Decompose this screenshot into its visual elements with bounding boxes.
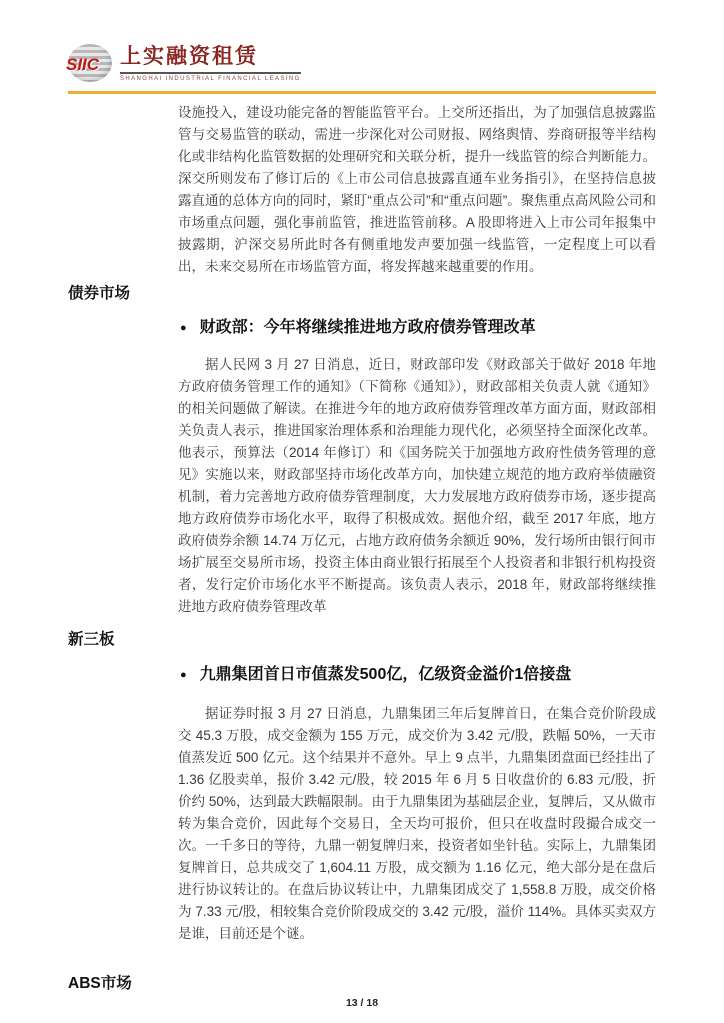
section-title-abs-market: ABS市场 — [68, 974, 656, 994]
section-title-neeq: 新三板 — [68, 630, 656, 650]
headline-text: 财政部：今年将继续推进地方政府债券管理改革 — [200, 318, 536, 338]
company-logo: SIIC 上实融资租赁 SHANGHAI INDUSTRIAL FINANCIA… — [68, 40, 656, 86]
headline-bond-market: ● 财政部：今年将继续推进地方政府债券管理改革 — [180, 318, 656, 339]
siic-globe-icon: SIIC — [68, 44, 112, 82]
section-title-bond-market: 债券市场 — [68, 284, 656, 304]
bullet-icon: ● — [180, 665, 187, 685]
page-number: 13 / 18 — [68, 997, 656, 1009]
headline-neeq: ● 九鼎集团首日市值蒸发500亿，亿级资金溢价1倍接盘 — [180, 665, 656, 686]
intro-paragraph: 设施投入，建设功能完备的智能监管平台。上交所还指出，为了加强信息披露监管与交易监… — [178, 102, 656, 278]
bullet-icon: ● — [180, 318, 187, 338]
brand-subtitle: SHANGHAI INDUSTRIAL FINANCIAL LEASING — [120, 76, 301, 82]
page-header: SIIC 上实融资租赁 SHANGHAI INDUSTRIAL FINANCIA… — [68, 0, 656, 94]
header-divider-rule — [68, 91, 656, 94]
document-content: 设施投入，建设功能完备的智能监管平台。上交所还指出，为了加强信息披露监管与交易监… — [68, 102, 656, 1009]
document-page: SIIC 上实融资租赁 SHANGHAI INDUSTRIAL FINANCIA… — [0, 0, 724, 1023]
bond-market-paragraph: 据人民网 3 月 27 日消息，近日，财政部印发《财政部关于做好 2018 年地… — [178, 354, 656, 618]
neeq-paragraph: 据证券时报 3 月 27 日消息，九鼎集团三年后复牌首日，在集合竞价阶段成交 4… — [178, 703, 656, 945]
headline-text: 九鼎集团首日市值蒸发500亿，亿级资金溢价1倍接盘 — [200, 665, 572, 685]
brand-name: 上实融资租赁 — [120, 44, 301, 74]
logo-text-block: 上实融资租赁 SHANGHAI INDUSTRIAL FINANCIAL LEA… — [120, 40, 301, 82]
siic-logo-text: SIIC — [66, 55, 99, 75]
